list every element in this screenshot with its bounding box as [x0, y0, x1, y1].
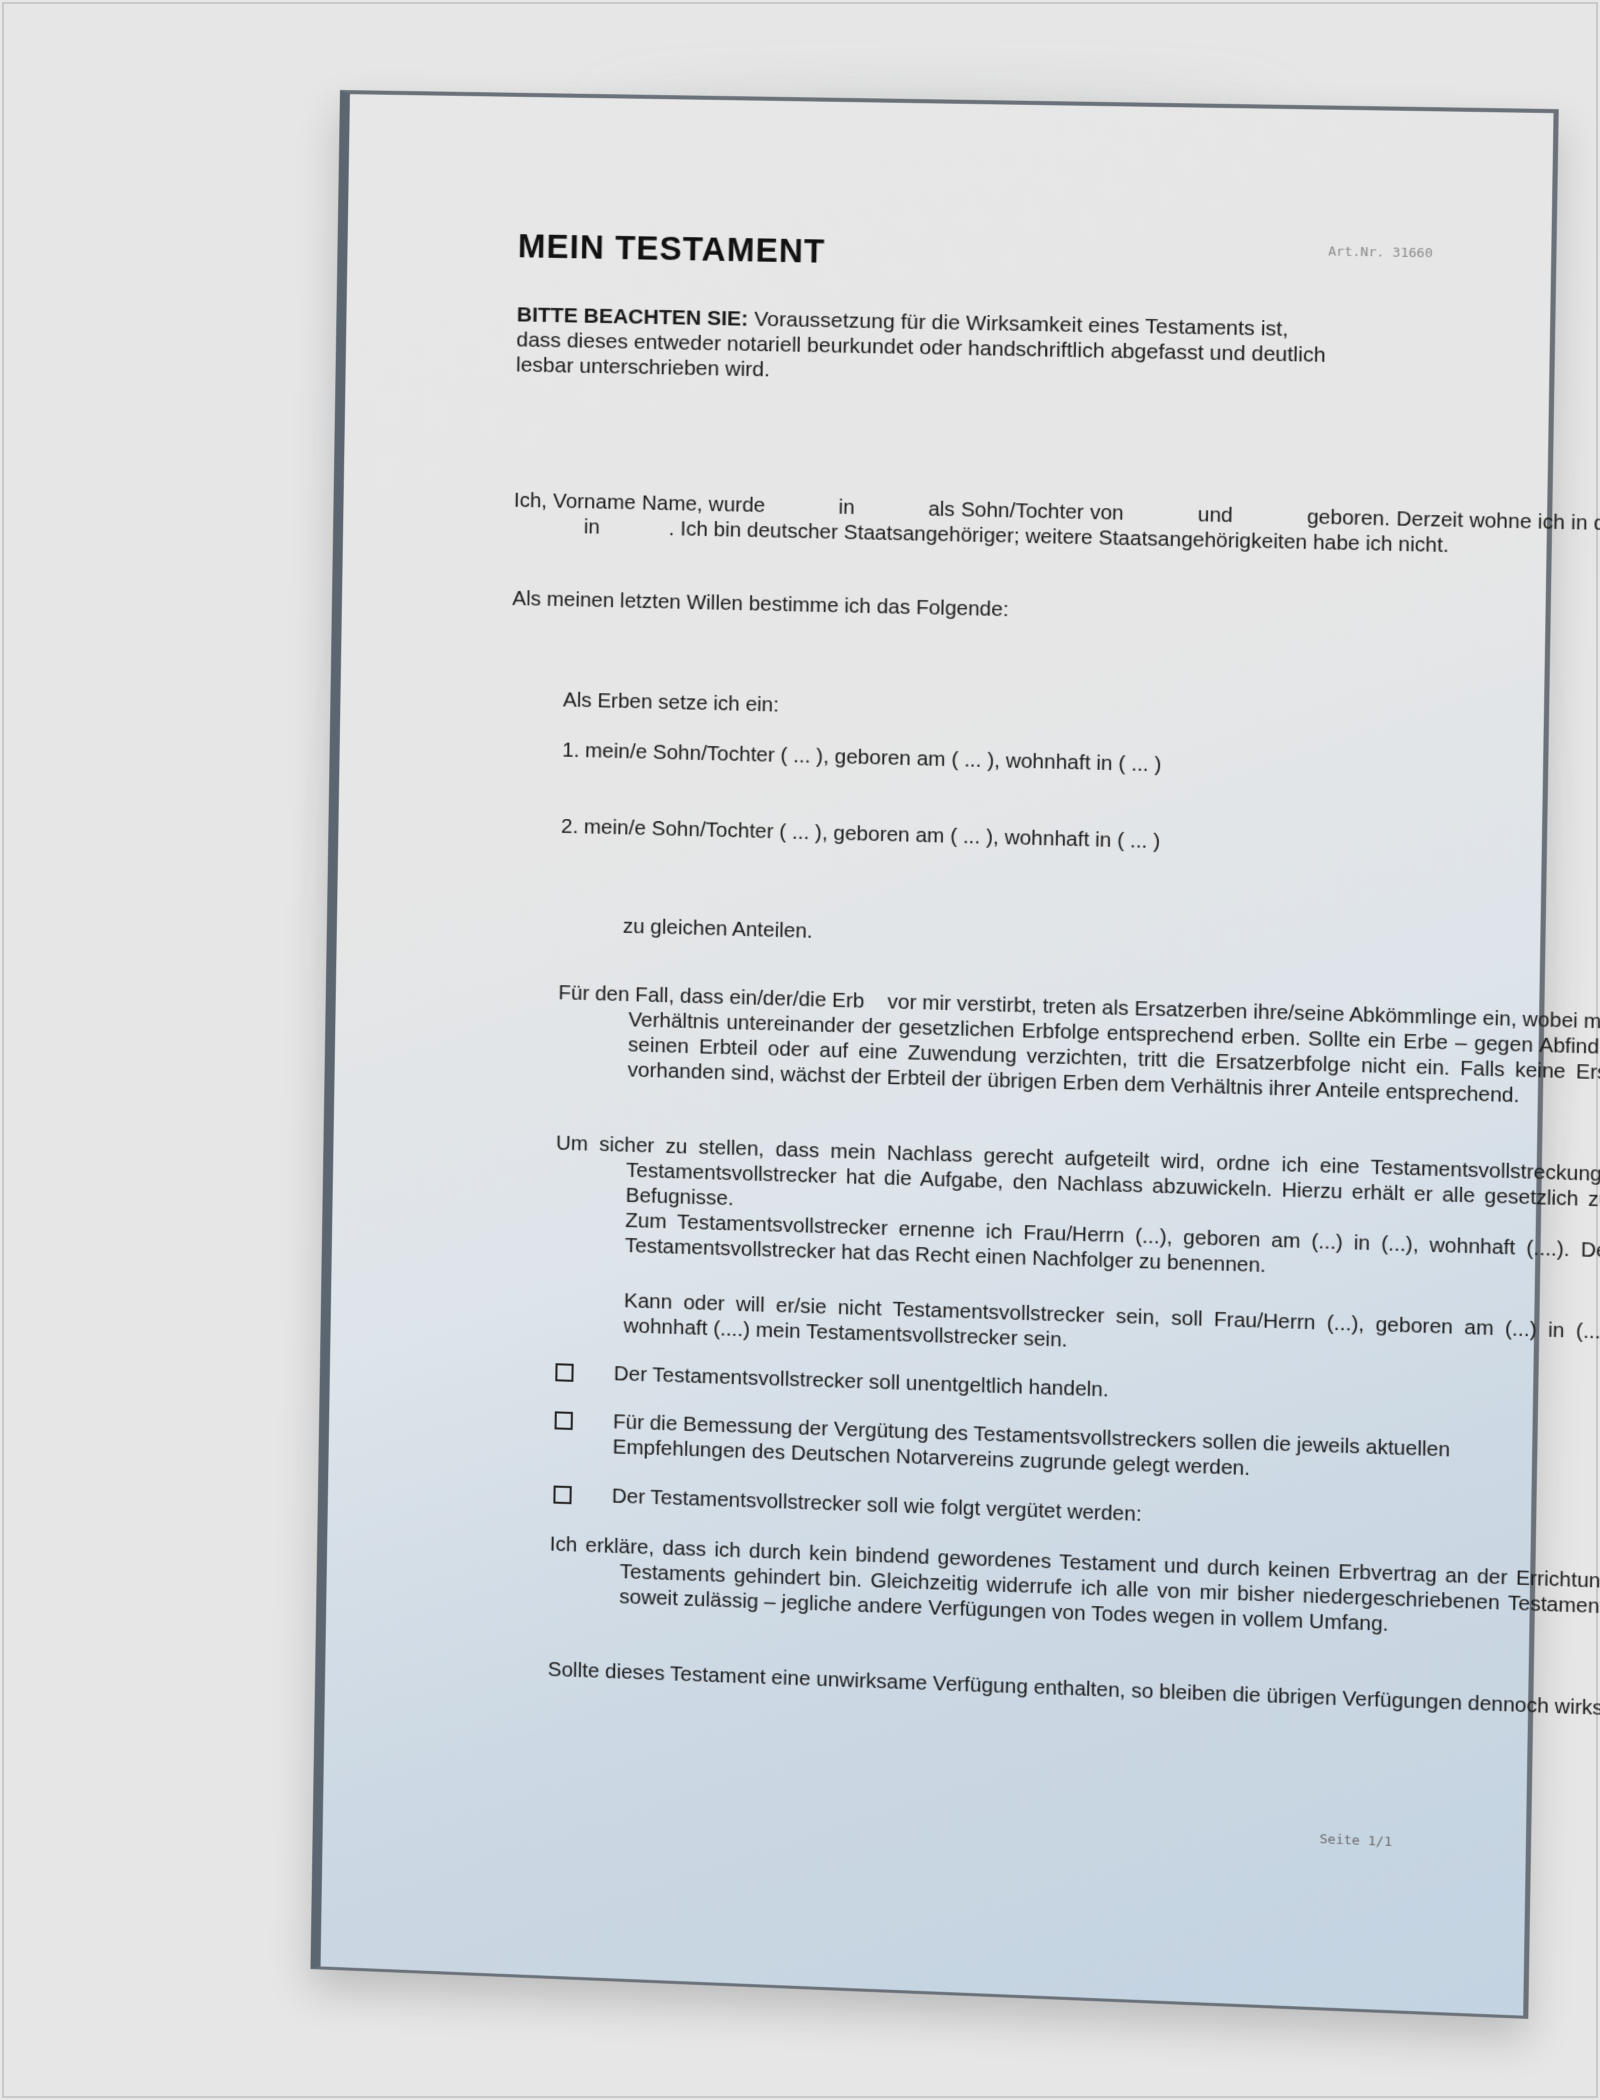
substitute-heirs-paragraph: Für den Fall, dass ein/der/die Erb vor m… [557, 980, 1600, 1113]
document-title: MEIN TESTAMENT [518, 227, 826, 271]
option-row: Der Testamentsvollstrecker soll unentgel… [555, 1359, 1600, 1419]
equal-shares-text: zu gleichen Anteilen. [623, 914, 813, 944]
last-will-statement: Als meinen letzten Willen bestimme ich d… [512, 586, 1009, 622]
intro-paragraph: Ich, Vorname Name, wurde in als Sohn/Toc… [513, 488, 1600, 562]
document-preview: Art.Nr. 31660 MEIN TESTAMENT BITTE BEACH… [340, 90, 1560, 2000]
option-label: Der Testamentsvollstrecker soll unentgel… [614, 1361, 1593, 1418]
option-row: Der Testamentsvollstrecker soll wie folg… [553, 1482, 1600, 1544]
option-checkbox[interactable] [555, 1363, 573, 1382]
document-page: Art.Nr. 31660 MEIN TESTAMENT BITTE BEACH… [310, 90, 1558, 2019]
page-number: Seite 1/1 [1320, 1832, 1393, 1850]
notice-paragraph: BITTE BEACHTEN SIE: Voraussetzung für di… [516, 302, 1329, 393]
option-checkbox[interactable] [553, 1486, 571, 1505]
option-checkbox[interactable] [555, 1411, 573, 1430]
declaration-paragraph: Ich erkläre, dass ich durch kein bindend… [549, 1532, 1600, 1648]
option-label: Der Testamentsvollstrecker soll wie folg… [612, 1484, 1591, 1543]
option-row: Für die Bemessung der Vergütung des Test… [554, 1407, 1600, 1493]
notice-label: BITTE BEACHTEN SIE: [517, 303, 749, 330]
severability-paragraph: Sollte dieses Testament eine unwirksame … [548, 1657, 1600, 1724]
executor-substitute: Kann oder will er/sie nicht Testamentsvo… [623, 1288, 1600, 1370]
article-number: Art.Nr. 31660 [1328, 244, 1433, 261]
heir-item: 2. mein/e Sohn/Tochter ( ... ), geboren … [561, 814, 1161, 854]
heir-item: 1. mein/e Sohn/Tochter ( ... ), geboren … [562, 737, 1162, 777]
heirs-heading: Als Erben setze ich ein: [563, 687, 779, 717]
option-label: Für die Bemessung der Vergütung des Test… [612, 1409, 1592, 1492]
